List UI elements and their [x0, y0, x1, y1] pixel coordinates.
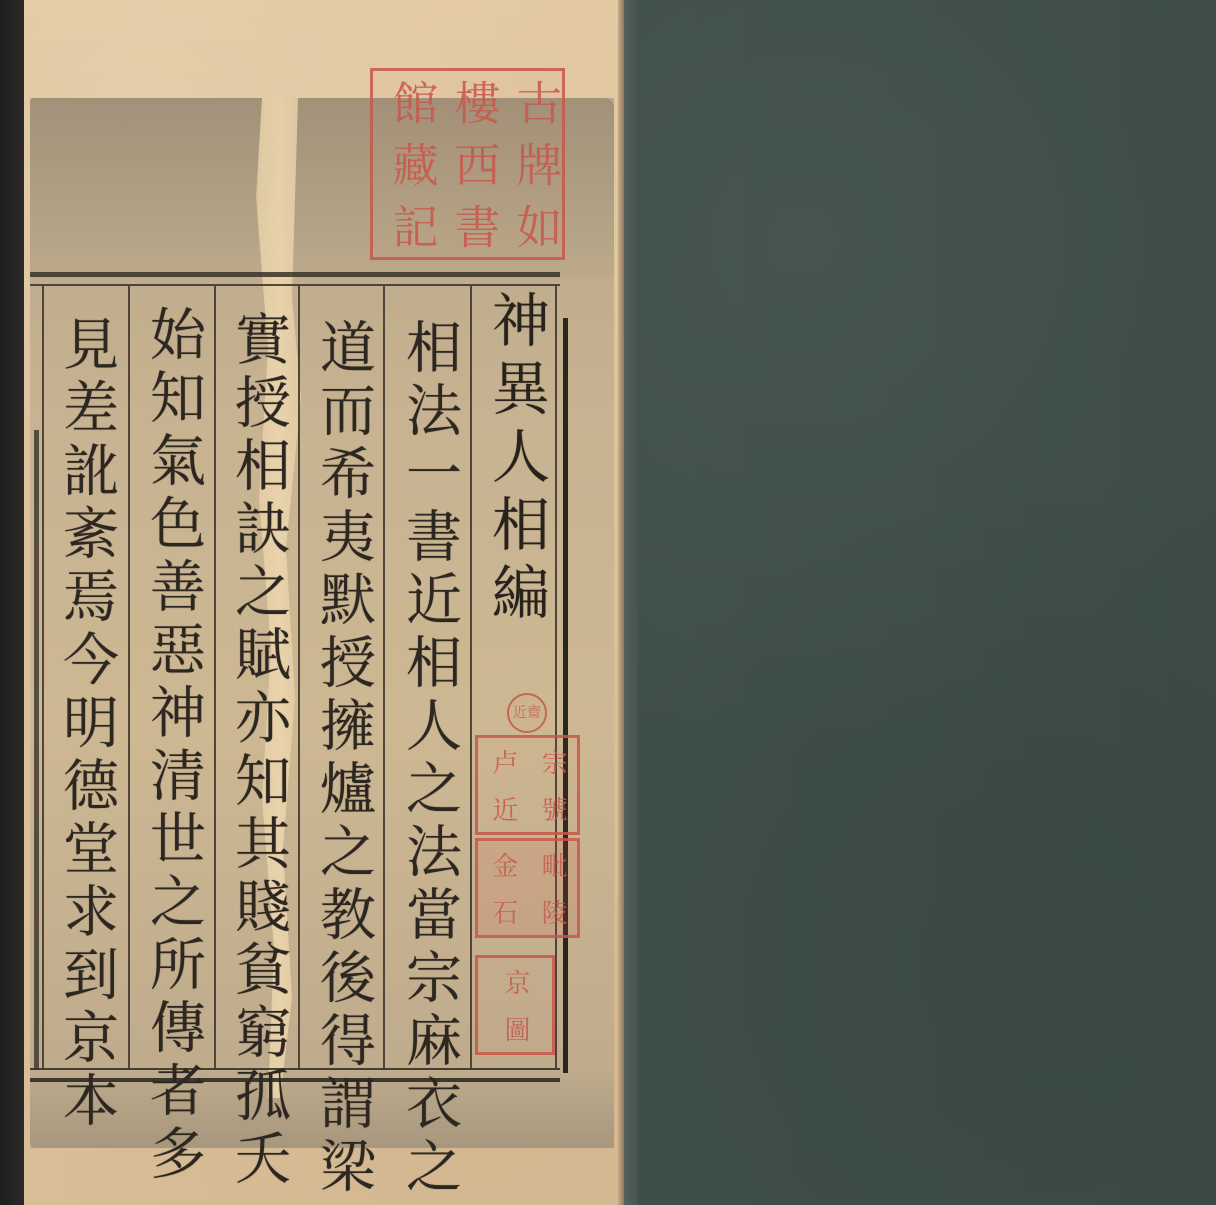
seal-char: 京 [502, 969, 528, 995]
book-title: 神異人相編 [475, 290, 557, 630]
seal-char: 近 [490, 796, 516, 822]
book-photograph: 神異人相編 相法一書近相人之法當宗麻衣之 道而希夷默授擁爐之教後得謂梁 實授相訣… [0, 0, 1216, 1205]
seal-char: 石 [490, 899, 516, 925]
column-rule [128, 286, 130, 1068]
text-column-5: 見差訛紊焉今明德堂求到京本 [45, 315, 127, 1134]
column-rule [214, 286, 216, 1068]
frame-top-border [30, 272, 560, 277]
frame-top-inner-border [30, 284, 560, 286]
text-column-4: 始知氣色善惡神清世之所傳者多 [132, 305, 214, 1187]
seal-char: 記 [376, 196, 436, 256]
seal-char: 樓 [438, 72, 498, 132]
seal-char: 卢 [490, 749, 516, 775]
collector-seal-b: 毗 陵 金 石 [475, 838, 580, 938]
seal-char: 毗 [539, 852, 565, 878]
seal-char: 古 [500, 72, 560, 132]
seal-char: 館 [376, 72, 436, 132]
seal-char: 近齋 [513, 706, 541, 720]
seal-char: 宗 [539, 749, 565, 775]
text-column-2: 道而希夷默授擁爐之教後得謂梁 [302, 318, 384, 1200]
frame-right-border [563, 318, 568, 1073]
seal-char: 圖 [502, 1016, 528, 1042]
seal-char: 如 [500, 196, 560, 256]
seal-char: 西 [438, 134, 498, 194]
dark-background-edge [0, 0, 24, 1205]
seal-char: 號 [539, 796, 565, 822]
seal-char: 金 [490, 852, 516, 878]
seal-char: 牌 [500, 134, 560, 194]
collector-seal-a: 宗 號 卢 近 [475, 735, 580, 835]
column-rule [42, 286, 44, 1068]
text-column-1: 相法一書近相人之法當宗麻衣之 [388, 318, 470, 1200]
green-book-cover [624, 0, 1216, 1205]
seal-char: 藏 [376, 134, 436, 194]
seal-char: 陵 [539, 899, 565, 925]
column-rule [470, 286, 472, 1068]
frame-left-border [34, 430, 39, 1070]
cover-edge [624, 0, 638, 1205]
collector-seal-c: 京 圖 [475, 955, 555, 1055]
collector-seal-large: 古 牌 如 樓 西 書 館 藏 記 [370, 68, 565, 260]
text-column-3: 實授相訣之賦亦知其賤貧窮孤夭 [217, 310, 299, 1192]
collector-seal-round: 近齋 [507, 693, 547, 733]
seal-char: 書 [438, 196, 498, 256]
